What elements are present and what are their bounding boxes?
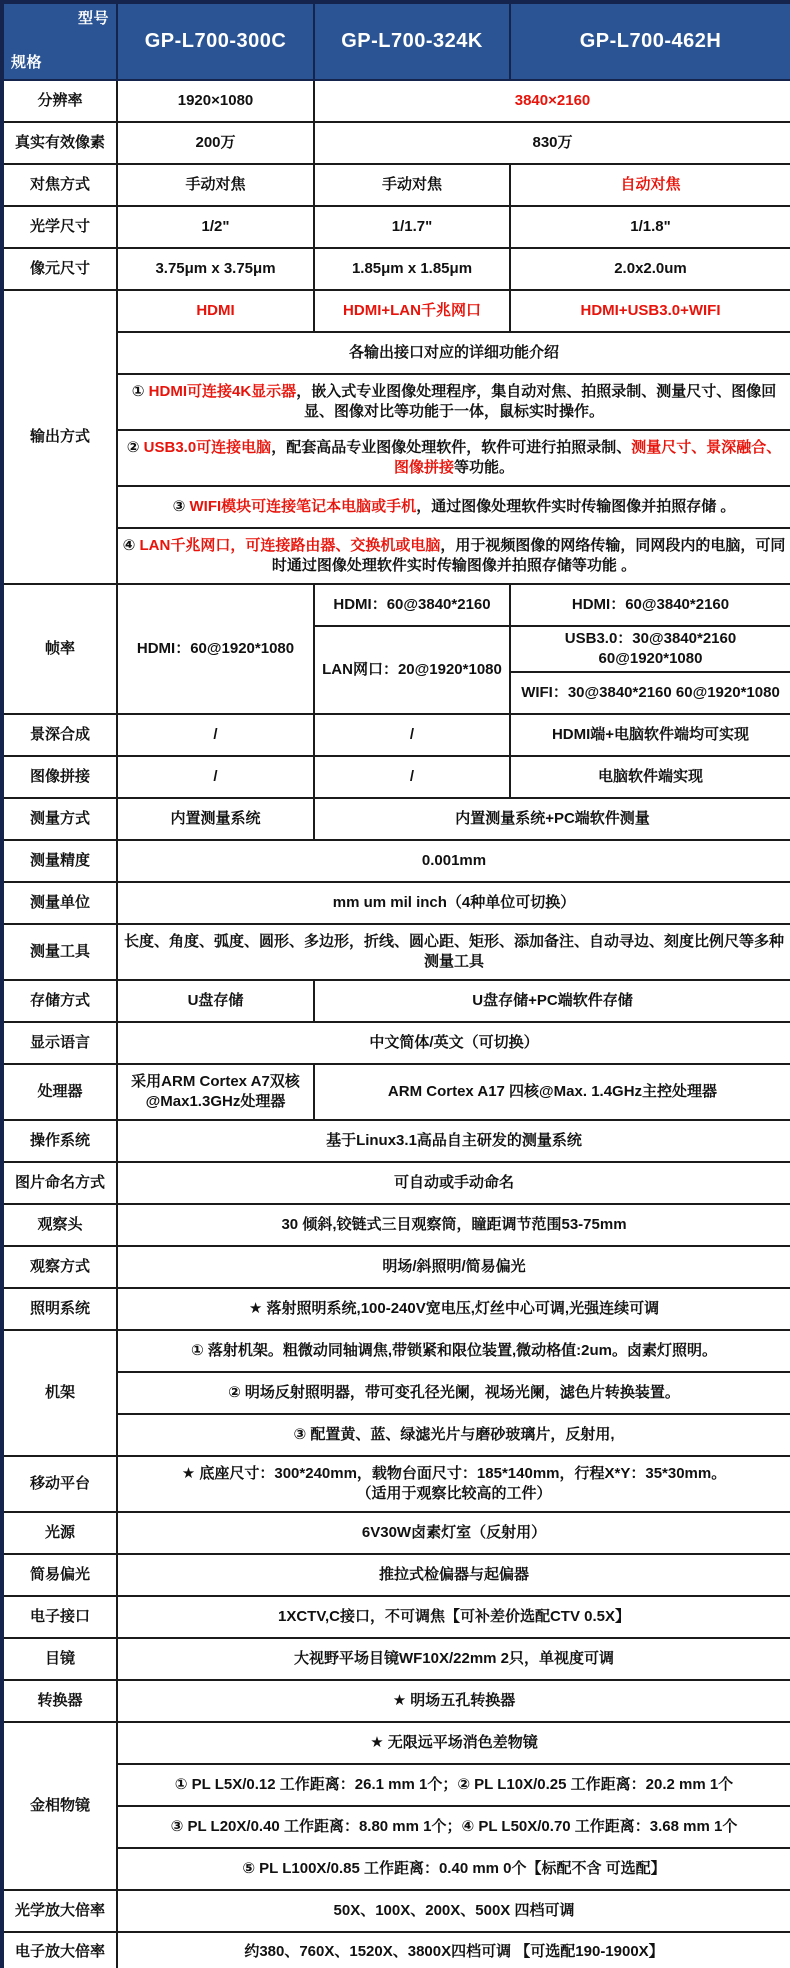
row-digital-magnification: 电子放大倍率 约380、760X、1520X、3800X四档可调 【可选配190… [2, 1932, 790, 1968]
row-label: 景深合成 [2, 714, 117, 756]
platform-value: ★ 底座尺寸：300*240mm，载物台面尺寸：185*140mm，行程X*Y：… [117, 1456, 790, 1512]
row-label: 图片命名方式 [2, 1162, 117, 1204]
row-label: 图像拼接 [2, 756, 117, 798]
spec-sheet: 型号 规格 GP-L700-300C GP-L700-324K GP-L700-… [0, 0, 790, 1968]
row-objectives-header: 金相物镜 ★ 无限远平场消色差物镜 [2, 1722, 790, 1764]
row-electronic-port: 电子接口 1XCTV,C接口，不可调焦【可补差价选配CTV 0.5X】 [2, 1596, 790, 1638]
output-300c: HDMI [117, 290, 314, 332]
row-processor: 处理器 采用ARM Cortex A7双核@Max1.3GHz处理器 ARM C… [2, 1064, 790, 1120]
row-optical-size: 光学尺寸 1/2" 1/1.7" 1/1.8" [2, 206, 790, 248]
row-label: 测量工具 [2, 924, 117, 980]
electronic-port-value: 1XCTV,C接口，不可调焦【可补差价选配CTV 0.5X】 [117, 1596, 790, 1638]
polarizer-value: 推拉式检偏器与起偏器 [117, 1554, 790, 1596]
measure-method-324k-462h: 内置测量系统+PC端软件测量 [314, 798, 790, 840]
row-tools: 测量工具 长度、角度、弧度、圆形、多边形，折线、圆心距、矩形、添加备注、自动寻边… [2, 924, 790, 980]
row-stitch: 图像拼接 / / 电脑软件端实现 [2, 756, 790, 798]
row-stand-1: 机架 ① 落射机架。粗微动同轴调焦,带锁紧和限位装置,微动格值:2um。卤素灯照… [2, 1330, 790, 1372]
row-label: 观察方式 [2, 1246, 117, 1288]
row-platform: 移动平台 ★ 底座尺寸：300*240mm，载物台面尺寸：185*140mm，行… [2, 1456, 790, 1512]
row-stand-3: ③ 配置黄、蓝、绿滤光片与磨砂玻璃片，反射用, [2, 1414, 790, 1456]
row-label: 移动平台 [2, 1456, 117, 1512]
pixel-size-462h: 2.0x2.0um [510, 248, 790, 290]
row-effective-pixels: 真实有效像素 200万 830万 [2, 122, 790, 164]
language-value: 中文简体/英文（可切换） [117, 1022, 790, 1064]
row-label: 真实有效像素 [2, 122, 117, 164]
objectives-item-1: ① PL L5X/0.12 工作距离：26.1 mm 1个；② PL L10X/… [117, 1764, 790, 1806]
row-output-note-4: ④ LAN千兆网口，可连接路由器、交换机或电脑，用于视频图像的网络传输，同网段内… [2, 528, 790, 584]
processor-324k-462h: ARM Cortex A17 四核@Max. 1.4GHz主控处理器 [314, 1064, 790, 1120]
optical-size-300c: 1/2" [117, 206, 314, 248]
model-name-324k: GP-L700-324K [314, 2, 510, 80]
optical-magnification-value: 50X、100X、200X、500X 四档可调 [117, 1890, 790, 1932]
framerate-324k-lan: LAN网口：20@1920*1080 [314, 626, 510, 714]
pixels-300c: 200万 [117, 122, 314, 164]
row-output-note-2: ② USB3.0可连接电脑，配套高品专业图像处理软件，软件可进行拍照录制、测量尺… [2, 430, 790, 486]
dof-324k: / [314, 714, 510, 756]
row-label: 对焦方式 [2, 164, 117, 206]
row-label: 测量单位 [2, 882, 117, 924]
resolution-300c: 1920×1080 [117, 80, 314, 122]
row-label-output: 输出方式 [2, 290, 117, 584]
storage-324k-462h: U盘存储+PC端软件存储 [314, 980, 790, 1022]
row-label: 存储方式 [2, 980, 117, 1022]
tools-value: 长度、角度、弧度、圆形、多边形，折线、圆心距、矩形、添加备注、自动寻边、刻度比例… [117, 924, 790, 980]
row-stand-2: ② 明场反射照明器，带可变孔径光阑，视场光阑，滤色片转换装置。 [2, 1372, 790, 1414]
row-output-interfaces: 输出方式 HDMI HDMI+LAN千兆网口 HDMI+USB3.0+WIFI [2, 290, 790, 332]
dof-462h: HDMI端+电脑软件端均可实现 [510, 714, 790, 756]
row-label: 测量精度 [2, 840, 117, 882]
row-storage: 存储方式 U盘存储 U盘存储+PC端软件存储 [2, 980, 790, 1022]
resolution-324k-462h: 3840×2160 [314, 80, 790, 122]
row-units: 测量单位 mm um mil inch（4种单位可切换） [2, 882, 790, 924]
row-label: 光源 [2, 1512, 117, 1554]
row-label: 像元尺寸 [2, 248, 117, 290]
units-value: mm um mil inch（4种单位可切换） [117, 882, 790, 924]
row-label: 分辨率 [2, 80, 117, 122]
row-label: 目镜 [2, 1638, 117, 1680]
view-mode-value: 明场/斜照明/简易偏光 [117, 1246, 790, 1288]
stand-item-1: ① 落射机架。粗微动同轴调焦,带锁紧和限位装置,微动格值:2um。卤素灯照明。 [117, 1330, 790, 1372]
digital-magnification-value: 约380、760X、1520X、3800X四档可调 【可选配190-1900X】 [117, 1932, 790, 1968]
pixels-324k-462h: 830万 [314, 122, 790, 164]
model-name-462h: GP-L700-462H [510, 2, 790, 80]
os-value: 基于Linux3.1高品自主研发的测量系统 [117, 1120, 790, 1162]
nosepiece-value: ★ 明场五孔转换器 [117, 1680, 790, 1722]
row-accuracy: 测量精度 0.001mm [2, 840, 790, 882]
row-output-note-3: ③ WIFI模块可连接笔记本电脑或手机，通过图像处理软件实时传输图像并拍照存储 … [2, 486, 790, 528]
row-light-source: 光源 6V30W卤素灯室（反射用） [2, 1512, 790, 1554]
row-observation-head: 观察头 30 倾斜,铰链式三目观察筒，瞳距调节范围53-75mm [2, 1204, 790, 1246]
row-label: 光学放大倍率 [2, 1890, 117, 1932]
header-row: 型号 规格 GP-L700-300C GP-L700-324K GP-L700-… [2, 2, 790, 80]
row-objectives-3: ⑤ PL L100X/0.85 工作距离：0.40 mm 0个【标配不含 可选配… [2, 1848, 790, 1890]
objectives-item-2: ③ PL L20X/0.40 工作距离：8.80 mm 1个；④ PL L50X… [117, 1806, 790, 1848]
accuracy-value: 0.001mm [117, 840, 790, 882]
naming-value: 可自动或手动命名 [117, 1162, 790, 1204]
output-note-lan: ④ LAN千兆网口，可连接路由器、交换机或电脑，用于视频图像的网络传输，同网段内… [117, 528, 790, 584]
row-language: 显示语言 中文简体/英文（可切换） [2, 1022, 790, 1064]
measure-method-300c: 内置测量系统 [117, 798, 314, 840]
framerate-324k-hdmi: HDMI：60@3840*2160 [314, 584, 510, 626]
row-label: 照明系统 [2, 1288, 117, 1330]
focus-324k: 手动对焦 [314, 164, 510, 206]
row-label: 电子放大倍率 [2, 1932, 117, 1968]
row-illumination: 照明系统 ★ 落射照明系统,100-240V宽电压,灯丝中心可调,光强连续可调 [2, 1288, 790, 1330]
row-view-mode: 观察方式 明场/斜照明/简易偏光 [2, 1246, 790, 1288]
focus-300c: 手动对焦 [117, 164, 314, 206]
focus-462h: 自动对焦 [510, 164, 790, 206]
row-resolution: 分辨率 1920×1080 3840×2160 [2, 80, 790, 122]
eyepiece-value: 大视野平场目镜WF10X/22mm 2只，单视度可调 [117, 1638, 790, 1680]
row-focus-mode: 对焦方式 手动对焦 手动对焦 自动对焦 [2, 164, 790, 206]
row-label-stand: 机架 [2, 1330, 117, 1456]
row-label: 转换器 [2, 1680, 117, 1722]
optical-size-462h: 1/1.8" [510, 206, 790, 248]
objectives-header: ★ 无限远平场消色差物镜 [117, 1722, 790, 1764]
row-label: 操作系统 [2, 1120, 117, 1162]
optical-size-324k: 1/1.7" [314, 206, 510, 248]
output-intro-text: 各输出接口对应的详细功能介绍 [117, 332, 790, 374]
spec-table: 型号 规格 GP-L700-300C GP-L700-324K GP-L700-… [0, 0, 790, 1968]
observation-head-value: 30 倾斜,铰链式三目观察筒，瞳距调节范围53-75mm [117, 1204, 790, 1246]
output-note-wifi: ③ WIFI模块可连接笔记本电脑或手机，通过图像处理软件实时传输图像并拍照存储 … [117, 486, 790, 528]
stitch-300c: / [117, 756, 314, 798]
output-note-usb: ② USB3.0可连接电脑，配套高品专业图像处理软件，软件可进行拍照录制、测量尺… [117, 430, 790, 486]
row-os: 操作系统 基于Linux3.1高品自主研发的测量系统 [2, 1120, 790, 1162]
dof-300c: / [117, 714, 314, 756]
stand-item-2: ② 明场反射照明器，带可变孔径光阑，视场光阑，滤色片转换装置。 [117, 1372, 790, 1414]
row-objectives-1: ① PL L5X/0.12 工作距离：26.1 mm 1个；② PL L10X/… [2, 1764, 790, 1806]
row-label: 显示语言 [2, 1022, 117, 1064]
row-objectives-2: ③ PL L20X/0.40 工作距离：8.80 mm 1个；④ PL L50X… [2, 1806, 790, 1848]
row-output-note-1: ① HDMI可连接4K显示器，嵌入式专业图像处理程序，集自动对焦、拍照录制、测量… [2, 374, 790, 430]
row-framerate-1: 帧率 HDMI：60@1920*1080 HDMI：60@3840*2160 H… [2, 584, 790, 626]
framerate-462h-hdmi: HDMI：60@3840*2160 [510, 584, 790, 626]
model-name-300c: GP-L700-300C [117, 2, 314, 80]
corner-cell: 型号 规格 [2, 2, 117, 80]
row-dof: 景深合成 / / HDMI端+电脑软件端均可实现 [2, 714, 790, 756]
output-462h: HDMI+USB3.0+WIFI [510, 290, 790, 332]
row-optical-magnification: 光学放大倍率 50X、100X、200X、500X 四档可调 [2, 1890, 790, 1932]
framerate-462h-usb: USB3.0：30@3840*2160 60@1920*1080 [510, 626, 790, 672]
row-eyepiece: 目镜 大视野平场目镜WF10X/22mm 2只，单视度可调 [2, 1638, 790, 1680]
row-label: 处理器 [2, 1064, 117, 1120]
objectives-item-3: ⑤ PL L100X/0.85 工作距离：0.40 mm 0个【标配不含 可选配… [117, 1848, 790, 1890]
corner-spec-label: 规格 [11, 53, 42, 73]
row-label: 电子接口 [2, 1596, 117, 1638]
pixel-size-324k: 1.85μm x 1.85μm [314, 248, 510, 290]
corner-model-label: 型号 [78, 9, 109, 29]
platform-line-2: （适用于观察比较高的工件） [122, 1484, 786, 1504]
stand-item-3: ③ 配置黄、蓝、绿滤光片与磨砂玻璃片，反射用, [117, 1414, 790, 1456]
row-polarizer: 简易偏光 推拉式检偏器与起偏器 [2, 1554, 790, 1596]
output-324k: HDMI+LAN千兆网口 [314, 290, 510, 332]
row-label-framerate: 帧率 [2, 584, 117, 714]
row-label: 测量方式 [2, 798, 117, 840]
row-naming: 图片命名方式 可自动或手动命名 [2, 1162, 790, 1204]
pixel-size-300c: 3.75μm x 3.75μm [117, 248, 314, 290]
row-output-intro: 各输出接口对应的详细功能介绍 [2, 332, 790, 374]
framerate-462h-wifi: WIFI：30@3840*2160 60@1920*1080 [510, 672, 790, 714]
row-label: 观察头 [2, 1204, 117, 1246]
illumination-value: ★ 落射照明系统,100-240V宽电压,灯丝中心可调,光强连续可调 [117, 1288, 790, 1330]
row-pixel-size: 像元尺寸 3.75μm x 3.75μm 1.85μm x 1.85μm 2.0… [2, 248, 790, 290]
row-label: 光学尺寸 [2, 206, 117, 248]
processor-300c: 采用ARM Cortex A7双核@Max1.3GHz处理器 [117, 1064, 314, 1120]
row-measure-method: 测量方式 内置测量系统 内置测量系统+PC端软件测量 [2, 798, 790, 840]
light-source-value: 6V30W卤素灯室（反射用） [117, 1512, 790, 1554]
output-note-hdmi: ① HDMI可连接4K显示器，嵌入式专业图像处理程序，集自动对焦、拍照录制、测量… [117, 374, 790, 430]
row-label-objectives: 金相物镜 [2, 1722, 117, 1890]
row-nosepiece: 转换器 ★ 明场五孔转换器 [2, 1680, 790, 1722]
storage-300c: U盘存储 [117, 980, 314, 1022]
platform-line-1: ★ 底座尺寸：300*240mm，载物台面尺寸：185*140mm，行程X*Y：… [122, 1464, 786, 1484]
stitch-462h: 电脑软件端实现 [510, 756, 790, 798]
row-label: 简易偏光 [2, 1554, 117, 1596]
framerate-300c: HDMI：60@1920*1080 [117, 584, 314, 714]
stitch-324k: / [314, 756, 510, 798]
